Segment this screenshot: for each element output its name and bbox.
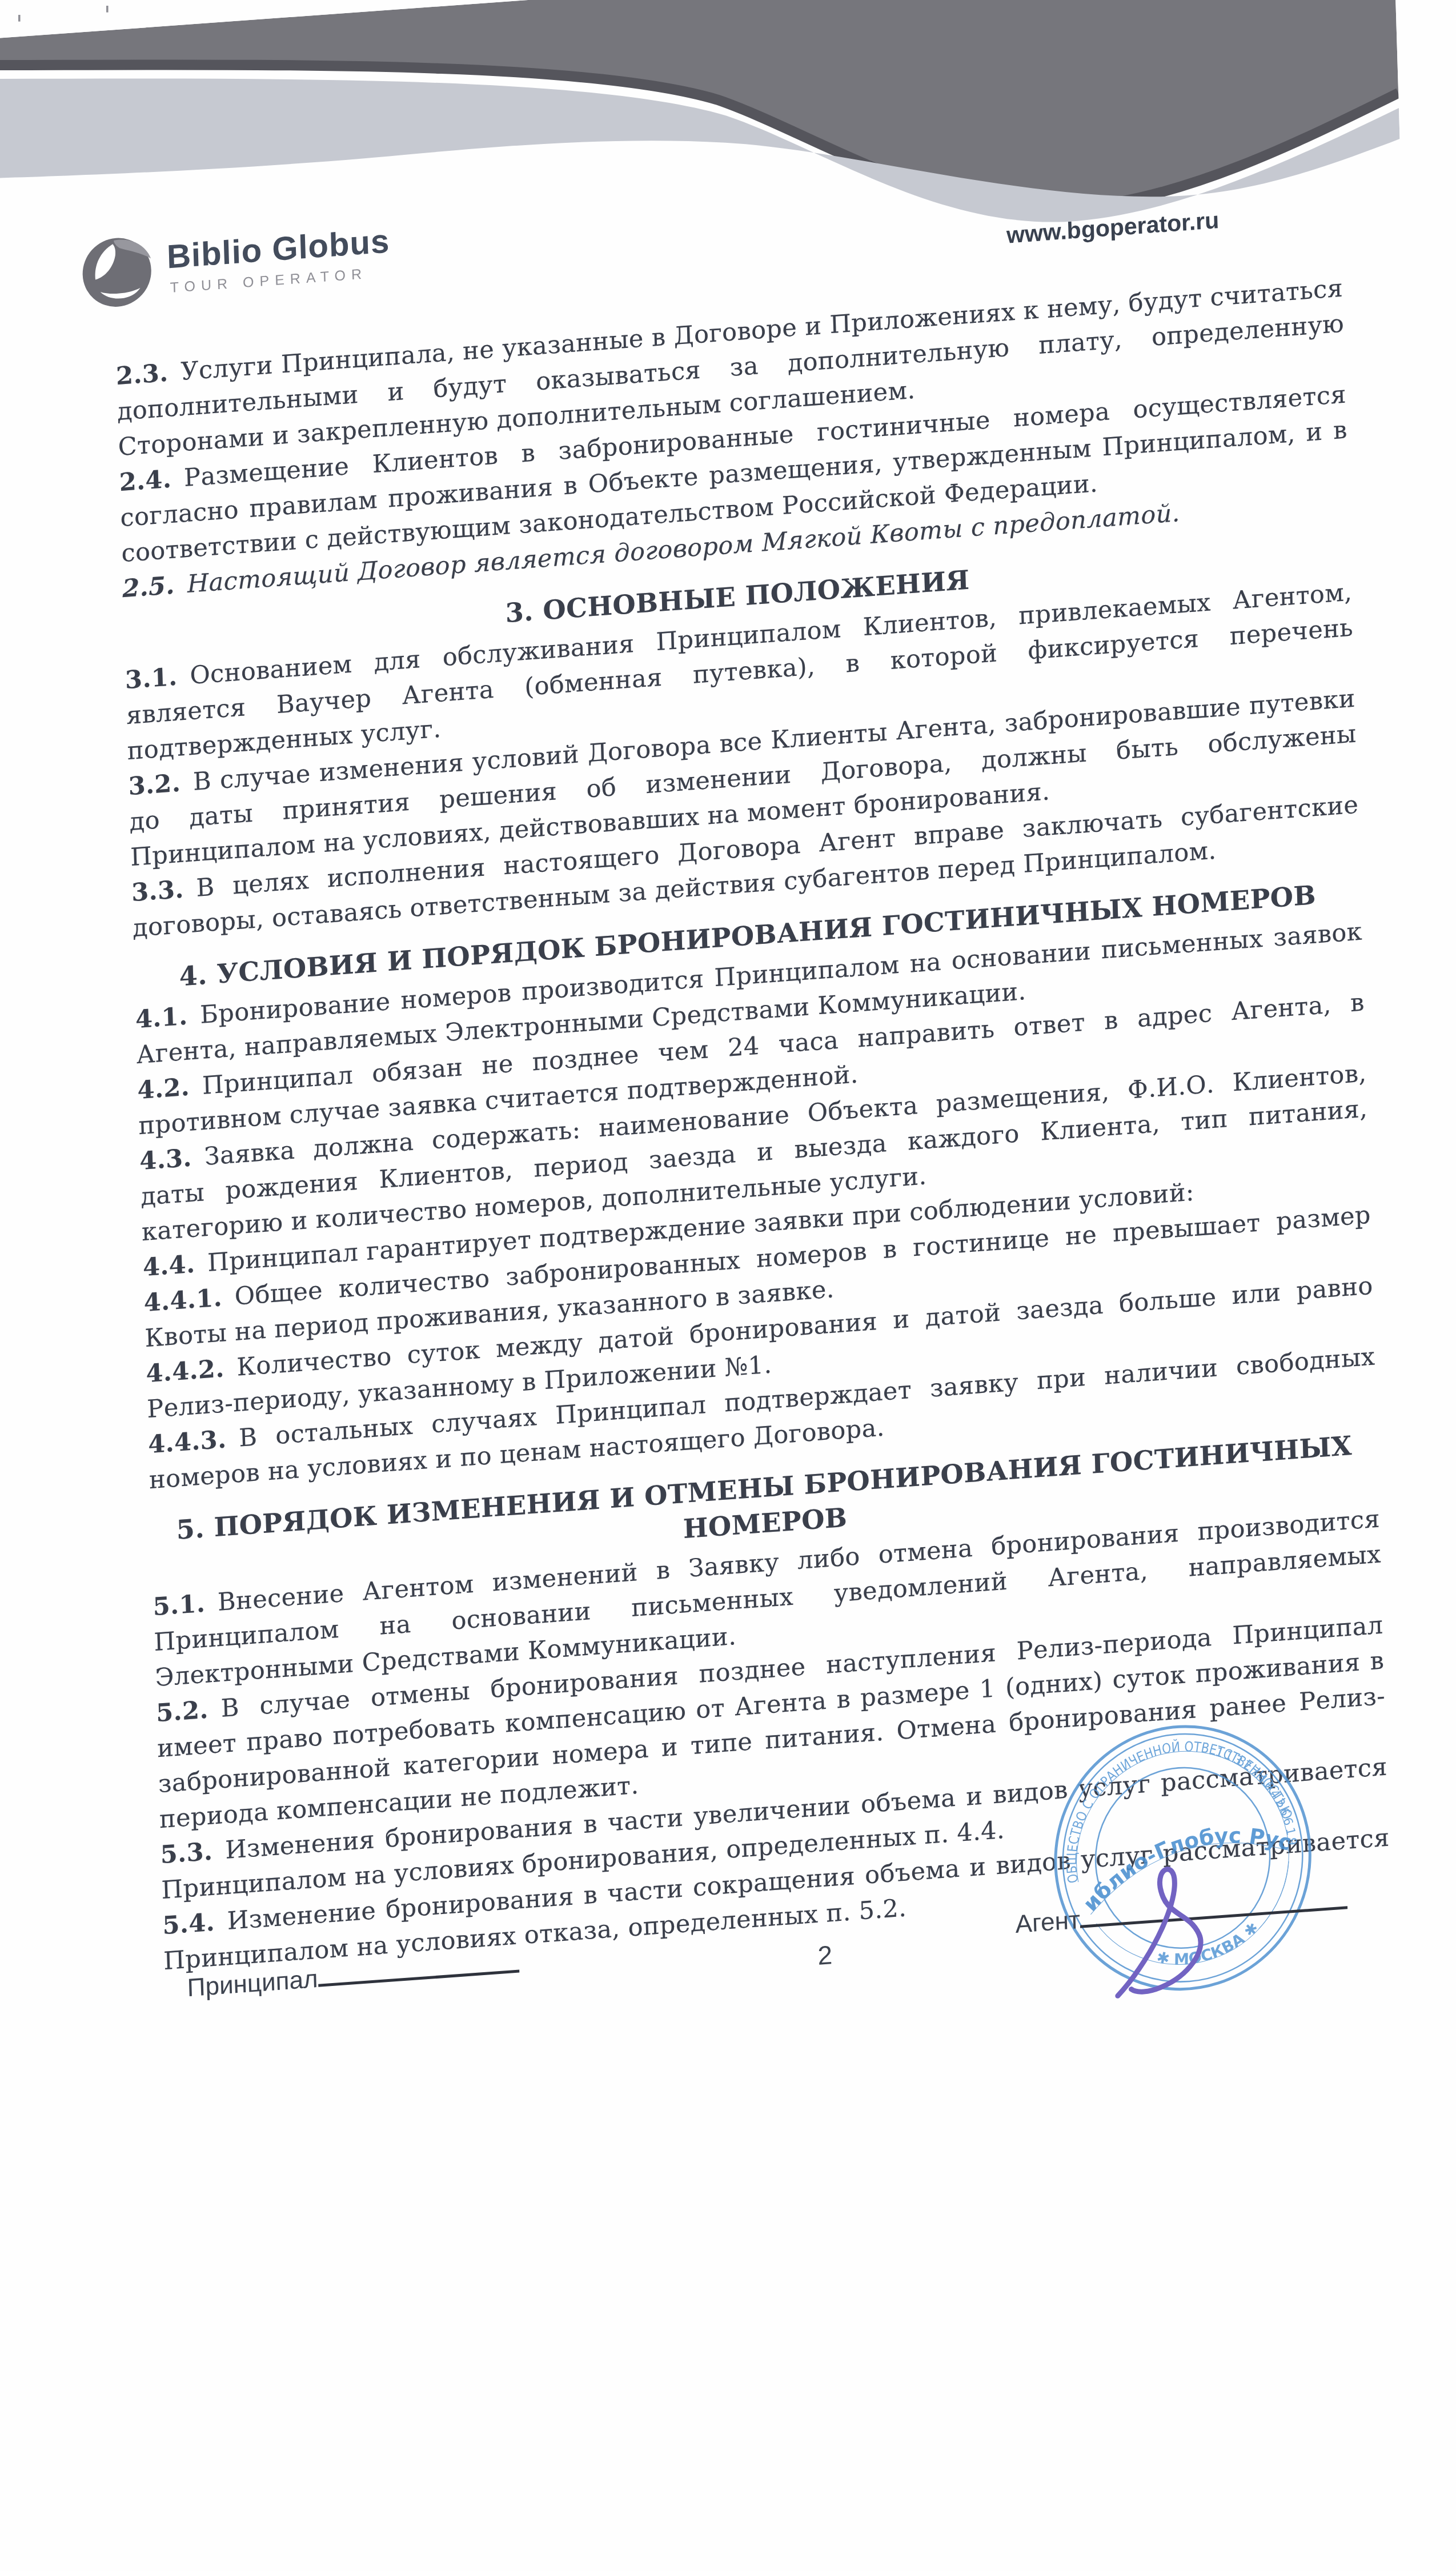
scan-artifact: ' xyxy=(16,10,23,38)
scanned-page: ' ' Biblio Globus TOUR OPERATOR www.bgop… xyxy=(0,0,1456,2571)
biblio-globus-logo-icon xyxy=(79,229,158,313)
item-number: 4.3. xyxy=(139,1144,192,1176)
item-number: 3.2. xyxy=(128,769,181,802)
page-number: 2 xyxy=(817,1939,833,1971)
item-number: 4.4.2. xyxy=(146,1354,225,1388)
item-number: 4.4.3. xyxy=(148,1425,227,1459)
item-number: 5.1. xyxy=(153,1589,206,1622)
item-number: 4.2. xyxy=(137,1073,190,1106)
item-number: 2.3. xyxy=(115,359,169,391)
page-content: Biblio Globus TOUR OPERATOR www.bgoperat… xyxy=(0,0,1456,2187)
section-items: 4.1.Бронирование номеров производится Пр… xyxy=(135,914,1377,1499)
item-number: 4.1. xyxy=(135,1002,188,1035)
item-number: 5.2. xyxy=(156,1696,209,1728)
item-number: 4.4.1. xyxy=(143,1283,223,1317)
item-number: 2.5. xyxy=(122,571,175,604)
item-number: 2.4. xyxy=(119,465,172,498)
scan-artifact: ' xyxy=(104,1,111,29)
contract-section: 4. УСЛОВИЯ И ПОРЯДОК БРОНИРОВАНИЯ ГОСТИН… xyxy=(134,874,1377,1499)
item-number: 5.4. xyxy=(162,1908,215,1941)
handwritten-signature xyxy=(1036,1702,1331,2031)
item-number: 3.3. xyxy=(131,875,184,908)
contract-section: 3. ОСНОВНЫЕ ПОЛОЖЕНИЯ 3.1.Основанием для… xyxy=(123,535,1360,947)
item-number: 4.4. xyxy=(142,1250,195,1283)
item-number: 5.3. xyxy=(160,1837,213,1870)
item-number: 3.1. xyxy=(125,663,178,695)
